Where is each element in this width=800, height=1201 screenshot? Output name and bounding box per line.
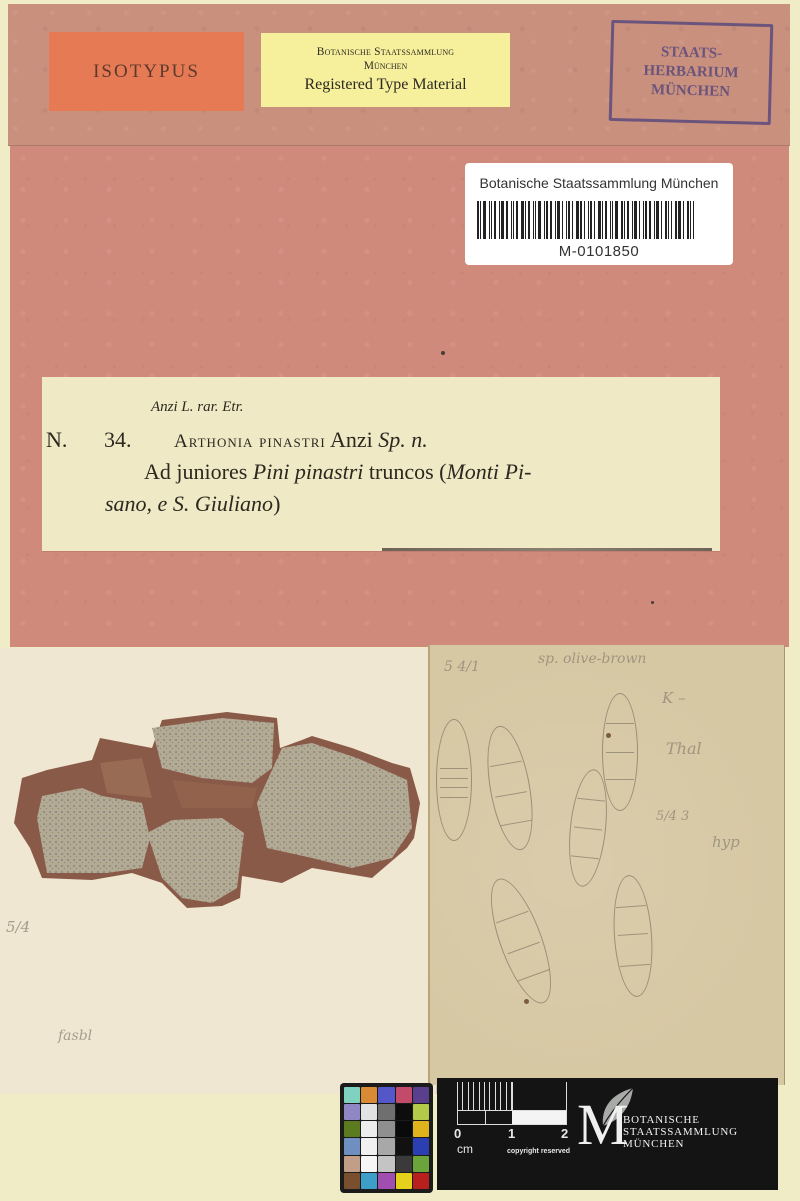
color-swatch — [361, 1087, 377, 1103]
speck — [524, 999, 529, 1004]
registry-city: München — [261, 59, 510, 73]
host-name: Pini pinastri — [253, 459, 364, 484]
exsiccata-number: 34. — [104, 427, 174, 453]
species-author: Anzi — [330, 427, 373, 452]
barcode-icon — [477, 201, 713, 239]
locality-part-2: sano, e S. Giuliano — [105, 491, 273, 516]
color-swatch — [361, 1104, 377, 1120]
spore-sketch — [610, 874, 656, 998]
species-label: Anzi L. rar. Etr. N.34.Arthonia pinastri… — [42, 377, 720, 551]
close-paren: ) — [273, 491, 280, 516]
locality-part-1: Monti Pi- — [446, 459, 531, 484]
color-swatch — [361, 1156, 377, 1172]
habitat-mid: truncos ( — [369, 459, 447, 484]
pencil-note: hyp — [712, 833, 740, 851]
scale-tick-1: 1 — [508, 1126, 515, 1141]
isotypus-text: ISOTYPUS — [93, 61, 200, 83]
scale-tick-2: 2 — [561, 1126, 568, 1141]
color-swatch — [378, 1087, 394, 1103]
habitat-line: Ad juniores Pini pinastri truncos (Monti… — [144, 459, 531, 485]
copyright-text: copyright reserved — [507, 1148, 570, 1155]
barcode-label: Botanische Staatssammlung München M-0101… — [465, 163, 733, 265]
color-swatch — [413, 1087, 429, 1103]
pencil-note: 5/4 3 — [656, 809, 689, 824]
species-status: Sp. n. — [378, 427, 428, 452]
locality-line: sano, e S. Giuliano) — [105, 491, 280, 517]
color-swatch — [378, 1138, 394, 1154]
spore-sketch — [436, 719, 472, 841]
pencil-note: 5 4/1 — [444, 659, 480, 675]
color-swatch — [378, 1156, 394, 1172]
color-swatch — [344, 1087, 360, 1103]
color-swatch — [361, 1173, 377, 1189]
color-swatch — [344, 1104, 360, 1120]
herbarium-stamp: STAATS- HERBARIUM MÜNCHEN — [609, 20, 774, 125]
speck — [441, 351, 445, 355]
scale-card: 0 1 2 cm copyright reserved M BOTANISCHE… — [437, 1078, 778, 1190]
registry-status: Registered Type Material — [261, 74, 510, 96]
color-swatch — [361, 1121, 377, 1137]
institution-name: BOTANISCHE STAATSSAMMLUNG MÜNCHEN — [623, 1114, 738, 1150]
spore-sketch — [564, 767, 612, 888]
color-swatch — [378, 1121, 394, 1137]
color-swatch — [413, 1104, 429, 1120]
org-line-3: MÜNCHEN — [623, 1138, 738, 1150]
color-swatch — [378, 1173, 394, 1189]
color-swatch — [396, 1087, 412, 1103]
color-swatch — [344, 1121, 360, 1137]
torn-edge — [382, 548, 712, 551]
color-swatch — [344, 1138, 360, 1154]
pencil-note: K – — [662, 689, 685, 707]
color-calibration-chart — [340, 1083, 433, 1193]
pencil-note: sp. olive-brown — [538, 651, 646, 667]
speck — [606, 733, 611, 738]
registered-type-label: Botanische Staatssammlung München Regist… — [261, 33, 510, 107]
number-prefix: N. — [46, 427, 104, 453]
color-swatch — [413, 1156, 429, 1172]
bark-specimen — [12, 708, 422, 913]
pencil-note: 5/4 — [6, 918, 30, 936]
scale-ruler — [457, 1082, 567, 1125]
logo-letter: M — [577, 1096, 629, 1154]
color-swatch — [413, 1173, 429, 1189]
color-swatch — [396, 1121, 412, 1137]
barcode-title: Botanische Staatssammlung München — [465, 175, 733, 191]
speck — [651, 601, 654, 604]
color-swatch — [344, 1173, 360, 1189]
pencil-note: fasbl — [58, 1028, 92, 1044]
org-line-2: STAATSSAMMLUNG — [623, 1126, 738, 1138]
spore-sketch — [602, 693, 638, 811]
scale-unit: cm — [457, 1142, 473, 1156]
color-swatch — [361, 1138, 377, 1154]
color-swatch — [413, 1121, 429, 1137]
color-swatch — [378, 1104, 394, 1120]
color-swatch — [396, 1173, 412, 1189]
species-name: Arthonia pinastri — [174, 431, 326, 452]
habitat-prefix: Ad juniores — [144, 459, 247, 484]
isotypus-label: ISOTYPUS — [49, 32, 244, 111]
color-swatch — [396, 1138, 412, 1154]
color-swatch — [396, 1156, 412, 1172]
exsiccata-reference: Anzi L. rar. Etr. — [151, 399, 244, 416]
pencil-note: Thal — [666, 739, 702, 758]
spore-sketch — [479, 872, 564, 1010]
org-line-1: BOTANISCHE — [623, 1114, 738, 1126]
color-swatch — [344, 1156, 360, 1172]
color-swatch — [396, 1104, 412, 1120]
spore-sketch — [479, 722, 540, 853]
barcode-number: M-0101850 — [465, 243, 733, 260]
registry-institution: Botanische Staatssammlung — [261, 45, 510, 59]
stamp-line-3: MÜNCHEN — [612, 80, 768, 103]
scale-tick-0: 0 — [454, 1126, 461, 1141]
color-swatch — [413, 1138, 429, 1154]
species-line: N.34.Arthonia pinastri Anzi Sp. n. — [46, 427, 428, 453]
drawing-sheet: 5 4/1 sp. olive-brown K – Thal hyp 5/4 3 — [428, 645, 785, 1085]
